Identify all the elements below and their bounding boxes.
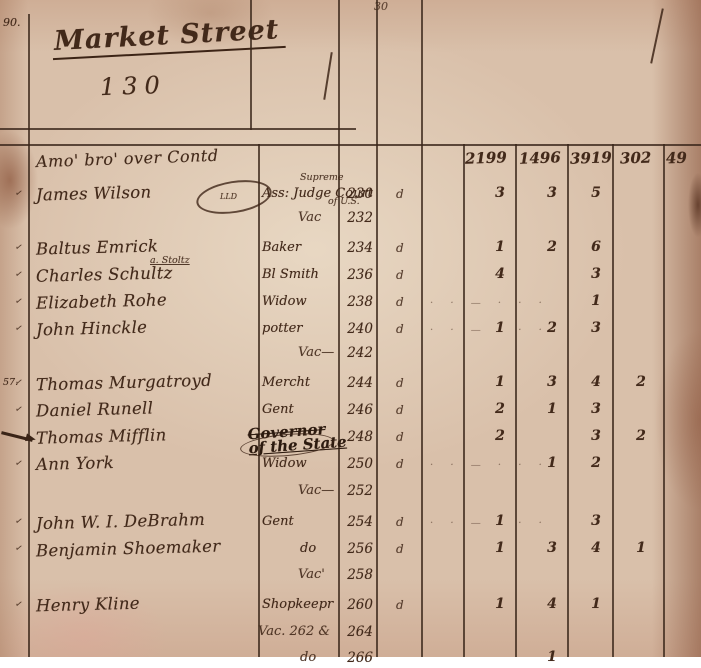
occupation: Widow bbox=[262, 456, 307, 471]
tax-value: 4 bbox=[542, 596, 562, 612]
tax-value: 3 bbox=[586, 401, 606, 417]
tax-value: 2 bbox=[542, 320, 562, 336]
pen-stroke bbox=[323, 52, 333, 100]
resident-name: Charles Schultz bbox=[36, 263, 173, 286]
ledger-row: ✓Elizabeth RoheWidow238d· · — · · ·1 bbox=[0, 291, 701, 315]
occupation: Vac bbox=[298, 210, 321, 225]
occupation: Mercht bbox=[262, 375, 310, 390]
house-number: 258 bbox=[338, 567, 373, 583]
ledger-row: Vac—252 bbox=[0, 480, 701, 504]
tax-value: 1 bbox=[631, 540, 651, 556]
house-number: 238 bbox=[338, 294, 373, 310]
pen-dots: · · — · · · bbox=[430, 460, 549, 471]
ledger-row: Vac. 262 &264 bbox=[0, 621, 701, 645]
resident-name: Thomas Murgatroyd bbox=[36, 371, 212, 395]
pen-dots: · · — · · · bbox=[430, 298, 549, 309]
margin-tick-icon: ✓ bbox=[14, 296, 23, 307]
ledger-row: ✓Benjamin Shoemakerdo256d1341 bbox=[0, 538, 701, 562]
tax-value: 1 bbox=[490, 320, 510, 336]
tax-value: 1 bbox=[490, 239, 510, 255]
tax-value: 4 bbox=[586, 540, 606, 556]
scanned-ledger-page: 90. Market Street 130 30 Amo' bro' over … bbox=[0, 0, 701, 668]
house-number: 232 bbox=[338, 210, 373, 226]
tax-value: 6 bbox=[586, 239, 606, 255]
house-number: 244 bbox=[338, 375, 373, 391]
tax-value: 1 bbox=[586, 596, 606, 612]
house-number: 240 bbox=[338, 321, 373, 337]
column-total: 302 bbox=[620, 148, 652, 167]
flourish-note: LLD bbox=[220, 192, 237, 201]
tax-value: 1 bbox=[490, 596, 510, 612]
occupation: do bbox=[300, 650, 316, 665]
tax-value: 2 bbox=[631, 374, 651, 390]
ditto-mark: d bbox=[396, 515, 404, 529]
occupation: Gent bbox=[262, 402, 294, 417]
ledger-row: ✓John W. I. DeBrahmGent254d· · — · · ·13 bbox=[0, 511, 701, 535]
ledger-row: Vac232 bbox=[0, 207, 701, 231]
pen-stroke bbox=[650, 8, 664, 63]
tax-value: 1 bbox=[586, 293, 606, 309]
house-number: 256 bbox=[338, 541, 373, 557]
tax-value: 3 bbox=[490, 185, 510, 201]
page-corner-note: 90. bbox=[3, 16, 21, 29]
tax-value: 2 bbox=[490, 401, 510, 417]
tax-value: 3 bbox=[586, 428, 606, 444]
ditto-mark: d bbox=[396, 542, 404, 556]
resident-name: James Wilson bbox=[36, 182, 152, 204]
resident-name: Baltus Emrick bbox=[36, 236, 159, 258]
occupation-superscript: Supreme bbox=[300, 172, 344, 183]
tax-value: 3 bbox=[542, 185, 562, 201]
house-number: 254 bbox=[338, 514, 373, 530]
ledger-row: ✓Henry KlineShopkeepr260d141 bbox=[0, 594, 701, 618]
occupation: Bl Smith bbox=[262, 267, 319, 282]
margin-tick-icon: ✓ bbox=[14, 269, 23, 280]
block-number: 130 bbox=[100, 71, 168, 101]
ditto-mark: d bbox=[396, 322, 404, 336]
house-number: 248 bbox=[338, 429, 373, 445]
margin-tick-icon: ✓ bbox=[14, 242, 23, 253]
margin-tick-icon: ✓ bbox=[14, 404, 23, 415]
ledger-row: ✓Ann YorkWidow250d· · — · · ·12 bbox=[0, 453, 701, 477]
margin-tick-icon: ✓ bbox=[14, 458, 23, 469]
column-total: 49 bbox=[666, 149, 687, 168]
resident-name: Thomas Mifflin bbox=[36, 425, 167, 447]
ditto-mark: d bbox=[396, 457, 404, 471]
ruled-line-horizontal bbox=[0, 128, 356, 130]
occupation: Shopkeepr bbox=[262, 597, 333, 612]
resident-name: Daniel Runell bbox=[36, 398, 154, 420]
tax-value: 4 bbox=[586, 374, 606, 390]
tax-value: 3 bbox=[586, 266, 606, 282]
tax-value: 1 bbox=[542, 455, 562, 471]
house-number: 252 bbox=[338, 483, 373, 499]
tax-value: 3 bbox=[542, 540, 562, 556]
ruled-line-horizontal bbox=[0, 144, 701, 146]
margin-tick-icon: ✓ bbox=[14, 188, 23, 199]
margin-tick-icon: ✓ bbox=[14, 377, 23, 388]
house-number: 242 bbox=[338, 345, 373, 361]
occupation: Gent bbox=[262, 514, 294, 529]
ditto-mark: d bbox=[396, 268, 404, 282]
ledger-row: do2661 bbox=[0, 647, 701, 668]
resident-name: John Hinckle bbox=[36, 318, 148, 340]
tax-value: 5 bbox=[586, 185, 606, 201]
resident-name: Benjamin Shoemaker bbox=[36, 537, 221, 561]
carry-over-label: Amo' bro' over Contd bbox=[36, 146, 219, 171]
column-total: 3919 bbox=[570, 148, 612, 167]
house-number: 234 bbox=[338, 240, 373, 256]
margin-tick-icon: ✓ bbox=[14, 599, 23, 610]
occupation: Vac. 262 & bbox=[258, 624, 330, 639]
ledger-row: Thomas MifflinGovernorof the State248d23… bbox=[0, 426, 701, 450]
margin-tick-icon: ✓ bbox=[14, 323, 23, 334]
ledger-row: Vac—242 bbox=[0, 342, 701, 366]
ledger-row: ✓Charles Schultza. StoltzBl Smith236d43 bbox=[0, 264, 701, 288]
tax-value: 2 bbox=[490, 428, 510, 444]
ditto-mark: d bbox=[396, 376, 404, 390]
tax-value: 2 bbox=[542, 239, 562, 255]
column-total: 1496 bbox=[519, 148, 561, 167]
ditto-mark: d bbox=[396, 295, 404, 309]
occupation: Vac— bbox=[298, 483, 334, 498]
ditto-mark: d bbox=[396, 403, 404, 417]
house-number: 230 bbox=[338, 186, 373, 202]
paper-background: 90. Market Street 130 30 Amo' bro' over … bbox=[0, 0, 701, 657]
resident-name: John W. I. DeBrahm bbox=[36, 510, 206, 533]
tax-value: 2 bbox=[631, 428, 651, 444]
occupation: Vac' bbox=[298, 567, 325, 582]
ditto-mark: d bbox=[396, 241, 404, 255]
tax-value: 2 bbox=[586, 455, 606, 471]
house-number: 246 bbox=[338, 402, 373, 418]
ledger-row: ✓John Hincklepotter240d· · — · · ·123 bbox=[0, 318, 701, 342]
ledger-row: ✓James WilsonLLDSupremeAss: Judge Courto… bbox=[0, 183, 701, 207]
ledger-row: ✓Baltus EmrickBaker234d126 bbox=[0, 237, 701, 261]
house-number: 264 bbox=[338, 624, 373, 640]
margin-tick-icon: ✓ bbox=[14, 516, 23, 527]
occupation: do bbox=[300, 541, 316, 556]
tax-value: 4 bbox=[490, 266, 510, 282]
house-number: 236 bbox=[338, 267, 373, 283]
ditto-mark: d bbox=[396, 187, 404, 201]
margin-tick-icon: ✓ bbox=[14, 543, 23, 554]
tax-value: 3 bbox=[586, 320, 606, 336]
ditto-mark: d bbox=[396, 598, 404, 612]
house-number: 250 bbox=[338, 456, 373, 472]
tax-value: 1 bbox=[542, 401, 562, 417]
house-number: 260 bbox=[338, 597, 373, 613]
resident-name: Elizabeth Rohe bbox=[36, 290, 167, 312]
ledger-row: ✓Daniel RunellGent246d213 bbox=[0, 399, 701, 423]
tax-value: 3 bbox=[586, 513, 606, 529]
tax-value: 3 bbox=[542, 374, 562, 390]
column-total: 2199 bbox=[465, 148, 507, 167]
inserted-name-note: a. Stoltz bbox=[150, 255, 190, 266]
house-number: 266 bbox=[338, 650, 373, 666]
resident-name: Ann York bbox=[36, 453, 115, 474]
occupation: Widow bbox=[262, 294, 307, 309]
resident-name: Henry Kline bbox=[36, 594, 140, 616]
occupation: Baker bbox=[262, 240, 301, 255]
occupation: Vac— bbox=[298, 345, 334, 360]
tax-value: 1 bbox=[490, 540, 510, 556]
tax-value: 1 bbox=[490, 374, 510, 390]
occupation: potter bbox=[262, 321, 303, 336]
ditto-mark: d bbox=[396, 430, 404, 444]
ledger-row: Vac'258 bbox=[0, 564, 701, 588]
ruled-line-vertical bbox=[250, 0, 252, 130]
tax-value: 1 bbox=[542, 649, 562, 665]
margin-arrow-icon bbox=[1, 431, 33, 441]
tax-value: 1 bbox=[490, 513, 510, 529]
ledger-row: 57.✓Thomas MurgatroydMercht244d1342 bbox=[0, 372, 701, 396]
